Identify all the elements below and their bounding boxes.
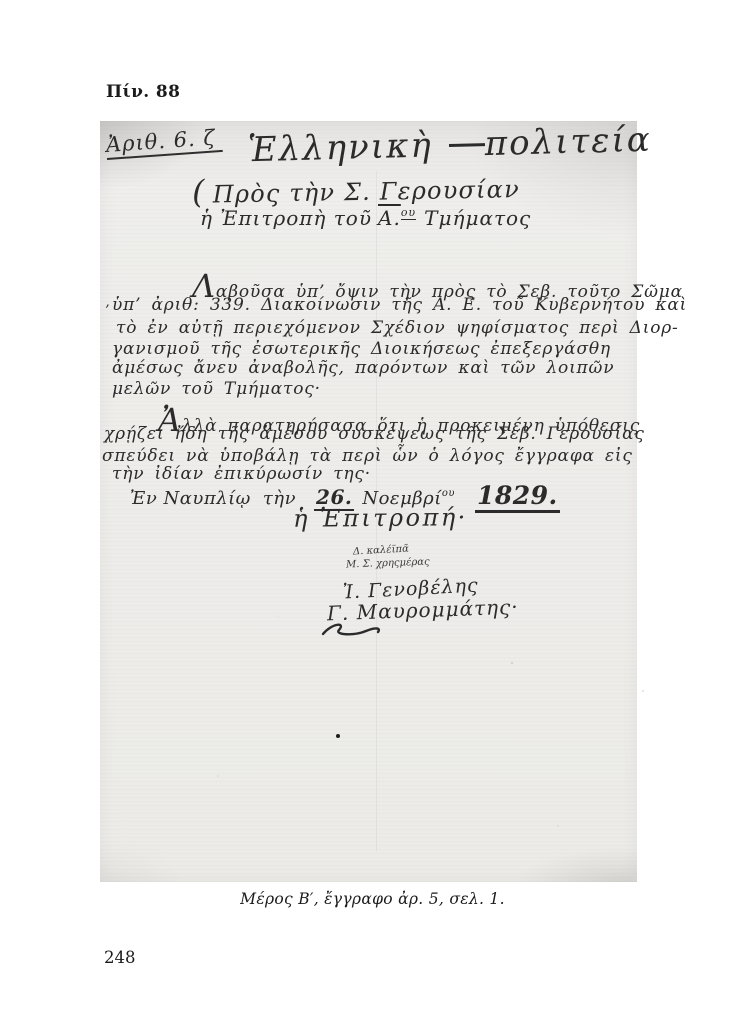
dateline-month-superscript: ου <box>442 488 455 499</box>
plate-label: Πίν. 88 <box>106 82 180 102</box>
sender-line: ἡ Ἐπιτροπὴ τοῦΑ.ουΤμήματος <box>200 206 531 230</box>
closing-line: ἡ Ἐπιτροπή· <box>293 503 468 533</box>
manuscript-line: ὑπ’ ἀριθ: 339. Διακοίνωσιν τῆς Α. Ε. τοῦ… <box>112 295 687 315</box>
manuscript-scan: Ἀριθ. 6. ζ Ἑλληνικὴπολιτεία (Πρὸς τὴν Σ.… <box>100 121 637 882</box>
manuscript-line: γανισμοῦ τῆς ἐσωτερικῆς Διοικήσεως ἐπεξε… <box>112 339 611 359</box>
manuscript-line: σπεύδει νὰ ὑποβάλῃ τὰ περὶ ὧν ὁ λόγος ἔγ… <box>102 446 633 466</box>
book-page: Πίν. 88 Ἀριθ. 6. ζ Ἑλληνικὴπολιτεία (Πρὸ… <box>0 0 743 1027</box>
dateline-place: Ἐν Ναυπλίῳ <box>130 488 251 509</box>
signature-flourish <box>320 620 384 642</box>
manuscript-line: τὸ ἐν αὐτῇ περιεχόμενον Σχέδιον ψηφίσματ… <box>116 318 679 338</box>
figure-caption: Μέρος Β′, ἔγγραφο ἀρ. 5, σελ. 1. <box>100 890 645 908</box>
ref-number: Ἀριθ. 6. ζ <box>105 125 222 160</box>
dateline-year: 1829. <box>475 481 560 513</box>
manuscript-line: ἀμέσως ἄνευ ἀναβολῆς, παρόντων καὶ τῶν λ… <box>112 358 614 378</box>
addressee-text: Πρὸς τὴν Σ. Γερουσίαν <box>213 175 521 208</box>
sender-ordinal-superscript: ου <box>401 206 416 220</box>
title-word-2: πολιτεία <box>484 120 652 164</box>
page-number: 248 <box>104 948 136 967</box>
margin-mark: ’ <box>105 303 109 319</box>
manuscript-line: μελῶν τοῦ Τμήματος· <box>112 379 321 399</box>
title-flourish-dash <box>449 143 485 147</box>
sender-pre: ἡ Ἐπιτροπὴ τοῦ <box>200 206 372 230</box>
addressee-line: (Πρὸς τὴν Σ. Γερουσίαν <box>192 167 520 211</box>
title-word-1: Ἑλληνικὴ <box>248 125 434 170</box>
sender-post: Τμήματος <box>424 206 531 230</box>
manuscript-line: χρῄζει ἤδη τῆς ἀμέσου συσκέψεως τῆς Σεβ.… <box>104 424 645 444</box>
ink-blot <box>336 734 340 738</box>
small-annotation: Δ. καλέϊπᾶ <box>353 544 409 558</box>
dateline-article: τὴν <box>263 488 296 509</box>
sender-ordinal: Α. <box>378 206 401 230</box>
manuscript-title: Ἑλληνικὴπολιτεία <box>248 120 653 171</box>
small-annotation: Μ. Σ. χρηςμέρας <box>346 557 430 571</box>
